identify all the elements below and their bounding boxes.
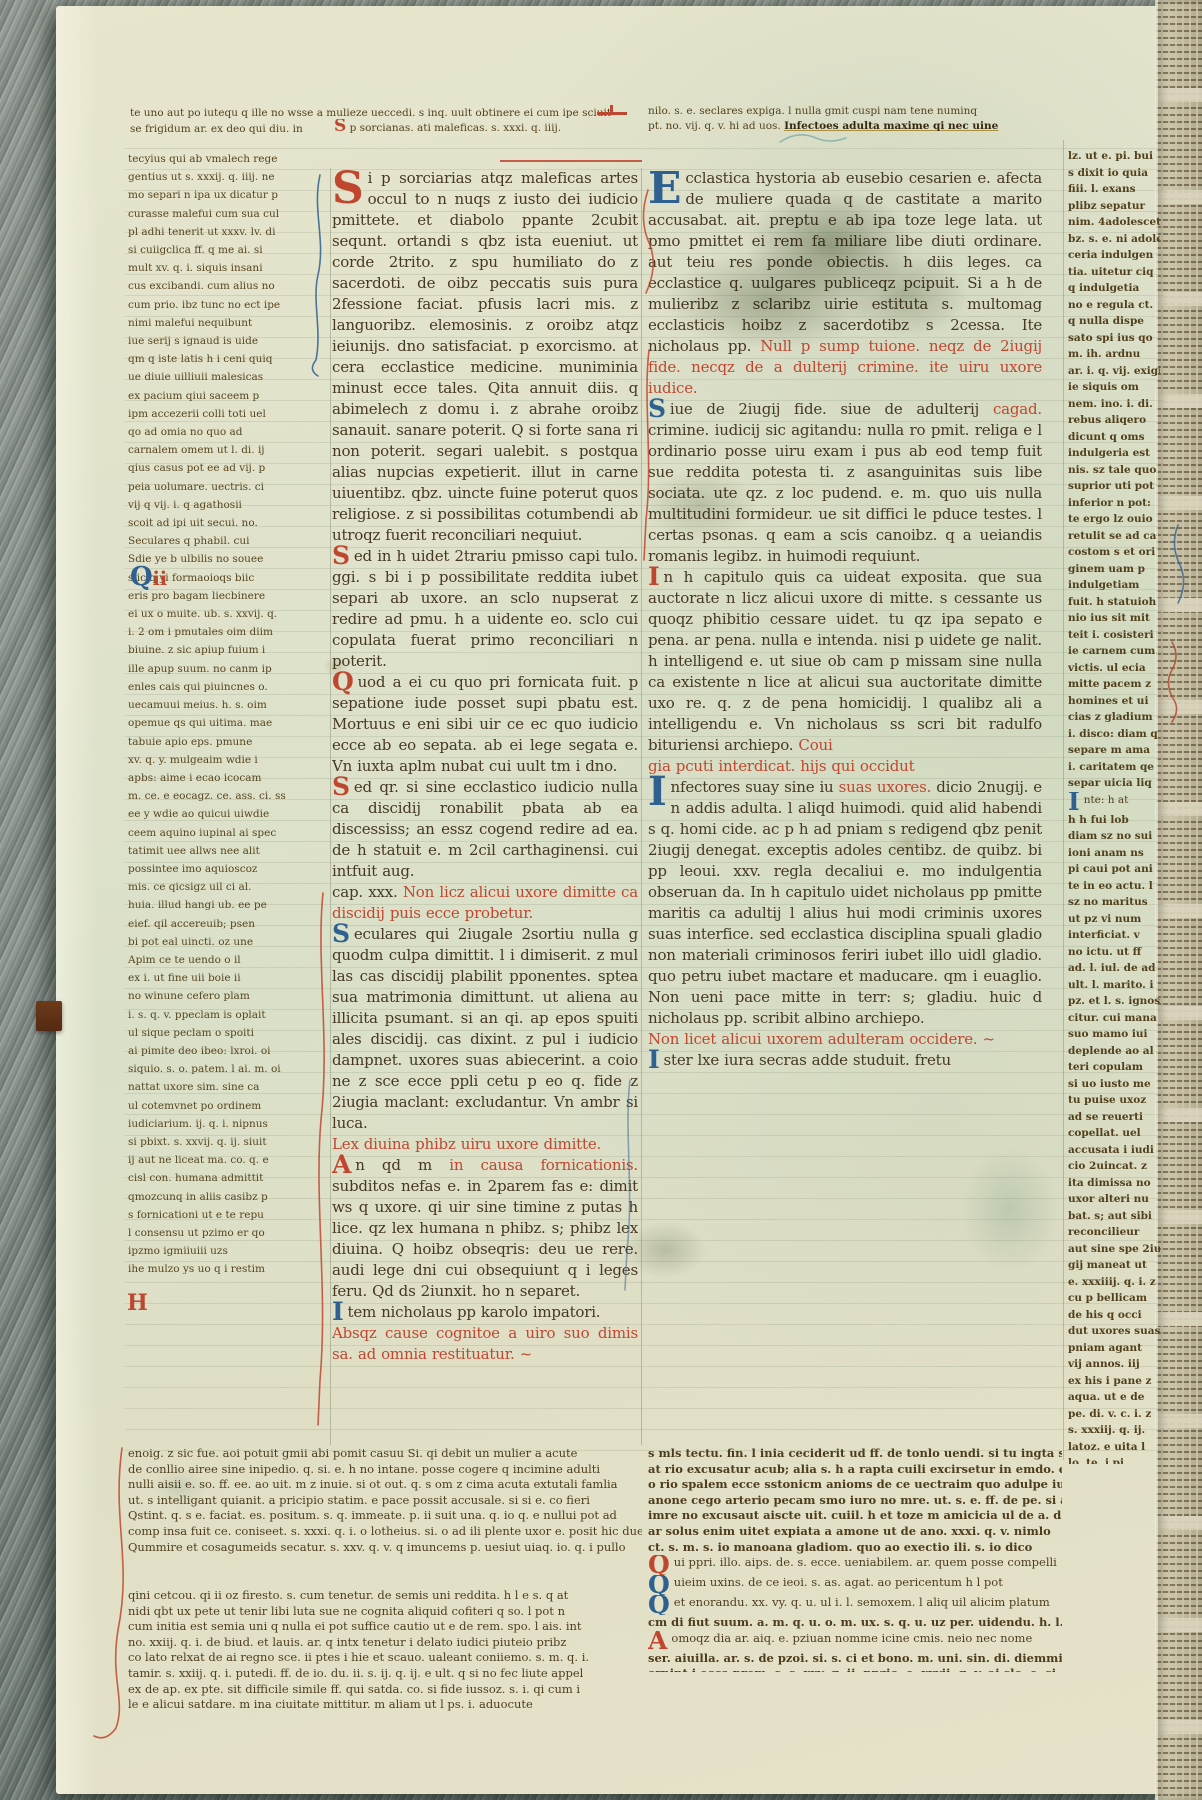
gloss-initial: indulgetiam <box>1068 577 1139 594</box>
gloss-line: peia uolumare. uectris. ci <box>128 478 330 496</box>
gloss-line: latoz. e uita l <box>1068 1439 1160 1456</box>
header-note: S p sorcianas. ati maleficas. s. xxxi. q… <box>334 119 634 141</box>
gloss-line: separe m ama <box>1068 742 1160 759</box>
text-block: Sed qr. si sine ecclastico iudicio nulla… <box>332 777 638 882</box>
gloss-initial: diam sz no sui <box>1068 828 1152 845</box>
gloss-initial: Q <box>648 1595 670 1615</box>
gloss-line: Qstint. q. s e. faciat. es. positum. s. … <box>128 1508 642 1524</box>
gloss-initial: interficiat. v <box>1068 927 1140 944</box>
gloss-line: opemue qs qui uitima. mae <box>128 714 330 732</box>
gloss-line: Qummire et cosagumeids secatur. s. xxv. … <box>128 1540 642 1556</box>
gloss-initial: nem. ino. i. di. <box>1068 396 1153 413</box>
header-gloss-left-line2: se frigidum ar. ex deo qui diu. in <box>130 122 330 139</box>
gloss-line: huia. illud hangi ub. ee pe <box>128 896 330 914</box>
block-text: n qd m <box>355 1156 449 1174</box>
gloss-line: interficiat. v <box>1068 927 1160 944</box>
gloss-line: eief. qil accereuib; psen <box>128 915 330 933</box>
gloss-initial: imre no excusaut aiscte uit. cuiil. h et… <box>648 1508 1062 1524</box>
gloss-line: pl adhi tenerit ut xxxv. lv. di <box>128 223 330 241</box>
gloss-line: cias z gladium <box>1068 709 1160 726</box>
text-block: Ister lxe iura secras adde studuit. fret… <box>648 1050 1042 1071</box>
gloss-line: bz. s. e. ni adolei <box>1068 231 1160 248</box>
gloss-initial: i. caritatem qe <box>1068 759 1154 776</box>
gloss-initial: ad. l. iul. de ad <box>1068 960 1156 977</box>
column-boundary-right <box>1063 140 1064 1460</box>
gloss-line: iue serij s ignaud is uide <box>128 332 330 350</box>
gloss-initial: retulit se ad ca <box>1068 528 1156 545</box>
gloss-initial: gij maneat ut <box>1068 1257 1147 1274</box>
gloss-line: deplende ao al <box>1068 1043 1160 1060</box>
gloss-line: mo separi n ipa ux dicatur p <box>128 186 330 204</box>
column-boundary-left <box>330 168 331 1445</box>
gloss-line: at rio excusatur acub; alia s. h a rapta… <box>648 1462 1062 1478</box>
gloss-line: qius casus pot ee ad vij. p <box>128 459 330 477</box>
decorated-initial: I <box>648 1050 660 1070</box>
gloss-initial: A <box>648 1631 667 1651</box>
gloss-line: fiii. l. exans <box>1068 181 1160 198</box>
gloss-line: ut. s intelligant quianit. a pricipio st… <box>128 1493 642 1509</box>
gloss-line: scoit ad ipi uit secui. no. <box>128 514 330 532</box>
block-text-3: crimine. iudicij sic agitandu: nulla ro … <box>648 421 1042 565</box>
gloss-line: enles cais qui piuincnes o. <box>128 678 330 696</box>
gloss-line: teit i. cosisteri <box>1068 627 1160 644</box>
gloss-initial: pe. di. v. c. i. z <box>1068 1406 1151 1423</box>
gloss-initial: ult. l. marito. i <box>1068 977 1154 994</box>
gloss-initial: suprior uti pot <box>1068 478 1154 495</box>
block-text: Absqz cause cognitoe a uiro suo dimis sa… <box>332 1324 638 1363</box>
block-text: tem nicholaus pp karolo impatori. <box>348 1303 601 1321</box>
block-text: cap. xxx. <box>332 883 403 901</box>
block-text-2: suas uxores. <box>839 778 937 796</box>
gloss-line: ai pimite deo ibeo: lxroi. oi <box>128 1042 330 1060</box>
gloss-initial: ar. i. q. vij. exigi <box>1068 363 1160 380</box>
text-block: In h capitulo quis ca uideat exposita. q… <box>648 567 1042 756</box>
gloss-initial: pniam agant <box>1068 1340 1142 1357</box>
gloss-line: ct. s. m. s. io manoana gladiom. quo ao … <box>648 1540 1062 1556</box>
gloss-initial: sz no maritus <box>1068 894 1148 911</box>
gloss-line: cu p bellicam <box>1068 1290 1160 1307</box>
text-block: Si p sorciarias atqz maleficas artes occ… <box>332 168 638 546</box>
block-text: eculares qui 2iugale 2sortiu nulla g quo… <box>332 925 638 1132</box>
gloss-line: Seculares q phabil. cui <box>128 532 330 550</box>
gloss-line: plibz sepatur <box>1068 198 1160 215</box>
text-block: Quod a ei cu quo pri fornicata fuit. p s… <box>332 672 638 777</box>
block-text: gia pcuti interdicat. hijs qui occidut <box>648 757 914 775</box>
gloss-line: ei ux o muite. ub. s. xxvij. q. <box>128 605 330 623</box>
block-text: nfectores suay sine iu <box>671 778 839 796</box>
text-block: cap. xxx. Non licz alicui uxore dimitte … <box>332 882 638 924</box>
gloss-line: sz no maritus <box>1068 894 1160 911</box>
gloss-line: si uo iusto me <box>1068 1076 1160 1093</box>
gloss-line: nim. 4adolescet <box>1068 214 1160 231</box>
gloss-line: nidi qbt ux pete ut tenir libi luta sue … <box>128 1604 642 1620</box>
gloss-line: imre no excusaut aiscte uit. cuiil. h et… <box>648 1508 1062 1524</box>
block-text: i p sorciarias atqz maleficas artes occu… <box>332 169 638 544</box>
gloss-initial: rebus aliqero <box>1068 412 1146 429</box>
gloss-line: ex de ap. ex pte. sit difficile simile f… <box>128 1682 642 1698</box>
gloss-line: carnalem omem ut l. di. ij <box>128 441 330 459</box>
bookmark-tab <box>36 1001 62 1031</box>
gloss-initial: ex his i pane z <box>1068 1373 1152 1390</box>
gloss-initial: te in eo actu. l <box>1068 878 1153 895</box>
gloss-line: nulli aisii e. so. ff. ee. ao uit. m z i… <box>128 1477 642 1493</box>
gloss-line: si pbixt. s. xxvij. q. ij. siuit <box>128 1133 330 1151</box>
gloss-initial: lo. te. i pi <box>1068 1455 1124 1464</box>
gloss-initial: ie siquis om <box>1068 379 1139 396</box>
gloss-line: vij annos. iij <box>1068 1356 1160 1373</box>
gloss-line: cum initia est semia uni q nulla ei pot … <box>128 1619 642 1635</box>
gloss-line: pniam agant <box>1068 1340 1160 1357</box>
gloss-line: indulgeria est <box>1068 445 1160 462</box>
gloss-line: ar. i. q. vij. exigi <box>1068 363 1160 380</box>
gloss-line: homines et ui <box>1068 693 1160 710</box>
gloss-line: ceria indulgen <box>1068 247 1160 264</box>
decorated-initial: A <box>332 1155 351 1175</box>
gloss-line: nimi malefui nequibunt <box>128 314 330 332</box>
bottom-gloss-left-lower: qini cetcou. qi ii oz firesto. s. cum te… <box>128 1588 642 1716</box>
text-block: gia pcuti interdicat. hijs qui occidut <box>648 756 1042 777</box>
gloss-line: cum prio. ibz tunc no ect ipe <box>128 296 330 314</box>
gloss-initial: o rio spalem ecce sstonicm anioms de ce … <box>648 1477 1062 1493</box>
text-block: Seculares qui 2iugale 2sortiu nulla g qu… <box>332 924 638 1134</box>
gloss-line: possintee imo aquioscoz <box>128 860 330 878</box>
block-text: n h capitulo quis ca uideat exposita. qu… <box>648 568 1042 754</box>
gloss-initial: I <box>1068 792 1080 812</box>
gloss-line: tia. uitetur ciq <box>1068 264 1160 281</box>
gloss-line: pi caui pot ani <box>1068 861 1160 878</box>
decorated-initial: I <box>332 1302 344 1322</box>
gloss-line: ult. l. marito. i <box>1068 977 1160 994</box>
gloss-line: lz. ut e. pi. bui <box>1068 148 1160 165</box>
gloss-initial: dut uxores suas <box>1068 1323 1160 1340</box>
text-block: Siue de 2iugij fide. siue de adulterij c… <box>648 399 1042 567</box>
gloss-line: le e alicui satdare. m ina ciuitate mitt… <box>128 1697 642 1713</box>
gloss-initial: i. disco: diam q <box>1068 726 1158 743</box>
main-column-left: Si p sorciarias atqz maleficas artes occ… <box>332 168 638 1445</box>
gloss-line: bat. s; aut sibi <box>1068 1208 1160 1225</box>
gloss-line: Inte: h at <box>1068 792 1160 812</box>
gloss-line: curasse malefui cum sua cul <box>128 205 330 223</box>
gloss-line: ginem uam p <box>1068 561 1160 578</box>
gloss-line: ie carnem cum <box>1068 643 1160 660</box>
right-margin-gloss: lz. ut e. pi. buis dixit io quiafiii. l.… <box>1068 148 1160 1464</box>
gloss-line: fuit. h statuioh <box>1068 594 1160 611</box>
gloss-line: tecyius qui ab vmalech rege <box>128 150 330 168</box>
header-note-text: p sorcianas. ati maleficas. s. xxxi. q. … <box>350 122 561 134</box>
decorated-initial: S <box>332 924 350 944</box>
block-text-2: Coui <box>798 736 832 754</box>
gloss-initial: ser. aiuilla. ar. s. de pzoi. si. s. ci … <box>648 1651 1062 1667</box>
gloss-line: nem. ino. i. di. <box>1068 396 1160 413</box>
gloss-initial: tu puise uxoz <box>1068 1092 1146 1109</box>
gloss-line: enoig. z sic fue. aoi potuit gmii abi po… <box>128 1446 642 1462</box>
gloss-line: rebus aliqero <box>1068 412 1160 429</box>
gloss-line: accusata i iudi <box>1068 1142 1160 1159</box>
margin-initial-q-blue: Q <box>130 562 153 592</box>
gloss-initial: mitte pacem z <box>1068 676 1151 693</box>
gloss-initial: anone cego arterio pecam smo iuro no mre… <box>648 1493 1062 1509</box>
gloss-line: q indulgetia <box>1068 280 1160 297</box>
gloss-line: tamir. s. xxiij. q. i. putedi. ff. de io… <box>128 1666 642 1682</box>
gloss-line: dut uxores suas <box>1068 1323 1160 1340</box>
block-text: iue de 2iugij fide. siue de adulterij <box>670 400 993 418</box>
gloss-initial: s dixit io quia <box>1068 165 1148 182</box>
gloss-initial: separ uicia liq <box>1068 775 1152 792</box>
gloss-initial: e. xxxiiij. q. i. z ij. <box>1068 1274 1160 1291</box>
gloss-initial: ct. s. m. s. io manoana gladiom. quo ao … <box>648 1540 1032 1556</box>
gloss-initial: ar solus enim uitet expiata a amone ut d… <box>648 1524 1051 1540</box>
gloss-line: co lato relxat de ai regno sce. ii ptes … <box>128 1650 642 1666</box>
gloss-line: retulit se ad ca <box>1068 528 1160 545</box>
gloss-initial: pz. et l. s. ignos <box>1068 993 1160 1010</box>
gloss-line: apbs: aime i ecao icocam <box>128 769 330 787</box>
gloss-initial: Q <box>648 1575 670 1595</box>
text-block: Sed in h uidet 2trariu pmisso capi tulo.… <box>332 546 638 672</box>
gloss-line: ex i. ut fine uii boie ii <box>128 969 330 987</box>
gloss-initial: q nulla dispe <box>1068 313 1144 330</box>
gloss-initial: victis. ul ecia <box>1068 660 1146 677</box>
gloss-initial: nis. sz tale quo <box>1068 462 1156 479</box>
gloss-line: pe. di. v. c. i. z <box>1068 1406 1160 1423</box>
gloss-line: tabuie apio eps. pmune <box>128 733 330 751</box>
gloss-initial: costom s et ori <box>1068 544 1155 561</box>
block-text-2: in causa fornicationis. <box>449 1156 638 1174</box>
gloss-line: s. xxxiij. q. ij. <box>1068 1422 1160 1439</box>
gloss-line: vij q vij. i. q agathosii <box>128 496 330 514</box>
gloss-line: siquio. s. o. patem. l ai. m. oi <box>128 1060 330 1078</box>
gloss-line: Apim ce te uendo o il <box>128 951 330 969</box>
gloss-line: ex pacium qiui saceem p <box>128 387 330 405</box>
text-block: Non licet alicui uxorem adulteram occide… <box>648 1029 1042 1050</box>
gloss-line: tatimit uee allws nee alit <box>128 842 330 860</box>
gloss-initial: lz. ut e. pi. bui <box>1068 148 1153 165</box>
gloss-initial: ernint i ecca prem. s. s. xxv. q. ii. pp… <box>648 1666 1060 1672</box>
block-text: uod a ei cu quo pri fornicata fuit. p se… <box>332 673 638 775</box>
gloss-initial: separe m ama <box>1068 742 1150 759</box>
gloss-line: i. caritatem qe <box>1068 759 1160 776</box>
gloss-initial: teri copulam <box>1068 1059 1143 1076</box>
text-block: Ecclastica hystoria ab eusebio cesarien … <box>648 168 1042 399</box>
block-text: Non licet alicui uxorem adulteram occide… <box>648 1030 995 1048</box>
gloss-line: cisl con. humana admittit <box>128 1169 330 1187</box>
decorated-initial: S <box>648 399 666 419</box>
gloss-line: Qet enorandu. xx. vy. q. u. ul i. l. sem… <box>648 1595 1062 1615</box>
gloss-line: anone cego arterio pecam smo iuro no mre… <box>648 1493 1062 1509</box>
gloss-line: ipzmo igmiiuiii uzs <box>128 1242 330 1260</box>
margin-initial-q-red: ii <box>153 568 167 590</box>
gloss-line: copellat. uel <box>1068 1125 1160 1142</box>
gloss-initial: de his q occi <box>1068 1307 1142 1324</box>
gloss-line: comp insa fuit ce. coniseet. s. xxxi. q.… <box>128 1524 642 1540</box>
gloss-line: si cuiigclica ff. q me ai. si <box>128 241 330 259</box>
gloss-line: ut pz vi num <box>1068 911 1160 928</box>
text-block: Absqz cause cognitoe a uiro suo dimis sa… <box>332 1323 638 1365</box>
gloss-line: mis. ce qicsigz uil ci al. <box>128 878 330 896</box>
block-text-2: cagad. <box>993 400 1042 418</box>
gloss-line: m. ih. ardnu <box>1068 346 1160 363</box>
gloss-initial: deplende ao al <box>1068 1043 1154 1060</box>
gloss-line: Aomoqz dia ar. aiq. e. pziuan nomme icin… <box>648 1631 1062 1651</box>
column-boundary-center <box>641 168 642 1445</box>
header-gloss-right-2a: pt. no. vij. q. v. hi ad uos. <box>648 120 784 132</box>
gloss-initial: te ergo lz ouio <box>1068 511 1153 528</box>
decorated-initial: S <box>332 168 364 207</box>
gloss-line: gentius ut s. xxxij. q. iiij. ne <box>128 168 330 186</box>
gloss-line: nis. sz tale quo <box>1068 462 1160 479</box>
gloss-initial: cm di fiut suum. a. m. q. u. o. m. ux. s… <box>648 1615 1062 1631</box>
gloss-line: no ictu. ut ff <box>1068 944 1160 961</box>
gloss-initial: no ictu. ut ff <box>1068 944 1141 961</box>
gloss-line: xv. q. y. mulgeaim wdie i <box>128 751 330 769</box>
gloss-line: aqua. ut e de <box>1068 1389 1160 1406</box>
gloss-line: ihe mulzo ys uo q i restim <box>128 1260 330 1278</box>
gloss-line: uecamuui meius. h. s. oim <box>128 696 330 714</box>
gloss-initial: si uo iusto me <box>1068 1076 1151 1093</box>
gloss-line: victis. ul ecia <box>1068 660 1160 677</box>
block-text: ed qr. si sine ecclastico iudicio nulla … <box>332 778 638 880</box>
gloss-initial: m. ih. ardnu <box>1068 346 1140 363</box>
gloss-line: nattat uxore sim. sine ca <box>128 1078 330 1096</box>
paraph-mark-stem <box>610 105 613 115</box>
gloss-line: inferior n pot: <box>1068 495 1160 512</box>
margin-initial-q: Qii <box>130 562 167 592</box>
gloss-initial: homines et ui <box>1068 693 1148 710</box>
gloss-initial: aqua. ut e de <box>1068 1389 1144 1406</box>
gloss-line: no e regula ct. <box>1068 297 1160 314</box>
gloss-line: uxor alteri nu <box>1068 1191 1160 1208</box>
gloss-line: s mls tectu. fin. l inia ceciderit ud ff… <box>648 1446 1062 1462</box>
gloss-line: ul cotemvnet po ordinem <box>128 1097 330 1115</box>
decorated-initial: I <box>648 777 667 807</box>
gloss-initial: sato spi ius qo <box>1068 330 1153 347</box>
gloss-line: i. 2 om i pmutales oim diim <box>128 623 330 641</box>
gloss-line: s fornicationi ut e te repu <box>128 1206 330 1224</box>
gloss-initial: bz. s. e. ni adolei <box>1068 231 1160 248</box>
gloss-line: suo mamo iui <box>1068 1026 1160 1043</box>
gloss-line-text: et enorandu. xx. vy. q. u. ul i. l. semo… <box>674 1595 1050 1609</box>
gloss-line: Quieim uxins. de ce ieoi. s. as. agat. a… <box>648 1575 1062 1595</box>
gloss-line: ul sique peclam o spoiti <box>128 1024 330 1042</box>
gloss-initial: q indulgetia <box>1068 280 1139 297</box>
gloss-line: no. xxiij. q. i. de biud. et lauis. ar. … <box>128 1635 642 1651</box>
block-text: Lex diuina phibz uiru uxore dimitte. <box>332 1135 601 1153</box>
gloss-initial: accusata i iudi <box>1068 1142 1154 1159</box>
gloss-line: ar solus enim uitet expiata a amone ut d… <box>648 1524 1062 1540</box>
rubric-underline <box>500 160 642 162</box>
gloss-line: bi pot eal uincti. oz une <box>128 933 330 951</box>
gloss-initial: citur. cui mana <box>1068 1010 1157 1027</box>
gloss-line: nio ius sit mit <box>1068 610 1160 627</box>
gloss-line: ex his i pane z <box>1068 1373 1160 1390</box>
gloss-line: ioni anam ns <box>1068 845 1160 862</box>
gloss-line: ie siquis om <box>1068 379 1160 396</box>
gloss-line: ad. l. iul. de ad <box>1068 960 1160 977</box>
gloss-line: ij aut ne liceat ma. co. q. e <box>128 1151 330 1169</box>
gloss-line: m. ce. e eocagz. ce. ass. ci. ss <box>128 787 330 805</box>
gloss-line: i. s. q. v. ppeclam is oplait <box>128 1006 330 1024</box>
gloss-line: s dixit io quia <box>1068 165 1160 182</box>
margin-initial-h: H <box>127 1290 148 1316</box>
gloss-line: costom s et ori <box>1068 544 1160 561</box>
decorated-initial: E <box>648 168 681 207</box>
gloss-line: ad se reuerti <box>1068 1109 1160 1126</box>
gloss-line: l consensu ut pzimo er qo <box>128 1224 330 1242</box>
gloss-initial: nim. 4adolescet <box>1068 214 1160 231</box>
gloss-line: gij maneat ut <box>1068 1257 1160 1274</box>
gloss-line-text: uieim uxins. de ce ieoi. s. as. agat. ao… <box>674 1575 1003 1589</box>
gloss-initial: reconcilieur <box>1068 1224 1139 1241</box>
gloss-line: cio 2uincat. z <box>1068 1158 1160 1175</box>
decorated-initial: Q <box>332 672 354 692</box>
block-text: cclastica hystoria ab eusebio cesarien e… <box>648 169 1042 334</box>
gloss-initial: h h fui lob <box>1068 812 1129 829</box>
gloss-line-text: omoqz dia ar. aiq. e. pziuan nomme icine… <box>671 1631 1032 1645</box>
gloss-line: pz. et l. s. ignos <box>1068 993 1160 1010</box>
gloss-initial: ita dimissa no <box>1068 1175 1151 1192</box>
gloss-initial: pi caui pot ani <box>1068 861 1153 878</box>
gloss-initial: ceria indulgen <box>1068 247 1153 264</box>
gloss-line: i. disco: diam q <box>1068 726 1160 743</box>
gloss-line: de conllio airee sine inipedio. q. si. e… <box>128 1462 642 1478</box>
block-text: ed in h uidet 2trariu pmisso capi tulo. … <box>332 547 638 670</box>
gloss-line: teri copulam <box>1068 1059 1160 1076</box>
bottom-gloss-left-upper: enoig. z sic fue. aoi potuit gmii abi po… <box>128 1446 642 1558</box>
decorated-initial: I <box>648 567 660 587</box>
text-block: An qd m in causa fornicationis. subditos… <box>332 1155 638 1302</box>
gloss-line: ue diuie uilliuii malesicas <box>128 368 330 386</box>
gloss-line: te in eo actu. l <box>1068 878 1160 895</box>
gloss-initial: fiii. l. exans <box>1068 181 1136 198</box>
gloss-line: ipm accezerii colli toti uel <box>128 405 330 423</box>
header-note-initial: S <box>334 119 346 136</box>
gloss-line: qo ad omia no quo ad <box>128 423 330 441</box>
gloss-initial: aut sine spe 2iu <box>1068 1241 1160 1258</box>
gloss-initial: plibz sepatur <box>1068 198 1145 215</box>
gloss-line: citur. cui mana <box>1068 1010 1160 1027</box>
gloss-initial: vij annos. iij <box>1068 1356 1140 1373</box>
gloss-line: h h fui lob <box>1068 812 1160 829</box>
gloss-initial: bat. s; aut sibi <box>1068 1208 1152 1225</box>
gloss-initial: cu p bellicam <box>1068 1290 1147 1307</box>
gloss-line: biuine. z sic apiup fuium i <box>128 641 330 659</box>
header-gloss-right-line2: pt. no. vij. q. v. hi ad uos. Infectoes … <box>648 119 1060 136</box>
gloss-line: qm q iste latis h i ceni quiq <box>128 350 330 368</box>
gloss-initial: nio ius sit mit <box>1068 610 1150 627</box>
gloss-initial: ginem uam p <box>1068 561 1145 578</box>
gloss-initial: indulgeria est <box>1068 445 1150 462</box>
gloss-line: dicunt q oms <box>1068 429 1160 446</box>
left-margin-gloss: tecyius qui ab vmalech regegentius ut s.… <box>128 150 330 1354</box>
gloss-line: mitte pacem z <box>1068 676 1160 693</box>
gloss-line: o rio spalem ecce sstonicm anioms de ce … <box>648 1477 1062 1493</box>
gloss-line: sato spi ius qo <box>1068 330 1160 347</box>
gloss-line: no winune cefero plam <box>128 987 330 1005</box>
gloss-initial: no e regula ct. <box>1068 297 1153 314</box>
gloss-line: cus excibandi. cum alius no <box>128 277 330 295</box>
text-block: Infectores suay sine iu suas uxores. dic… <box>648 777 1042 1029</box>
gloss-initial: cio 2uincat. z <box>1068 1158 1147 1175</box>
decorated-initial: S <box>332 546 350 566</box>
gloss-initial: cias z gladium <box>1068 709 1153 726</box>
gloss-initial: ioni anam ns <box>1068 845 1144 862</box>
block-text-3: dicio 2nugij. e n addis adulta. l aliqd … <box>648 778 1042 1027</box>
gloss-line: cm di fiut suum. a. m. q. u. o. m. ux. s… <box>648 1615 1062 1631</box>
gloss-line: indulgetiam <box>1068 577 1160 594</box>
decorated-initial: S <box>332 777 350 797</box>
header-gloss-right-2b: Infectoes adulta maxime qi nec uine <box>784 120 998 132</box>
gloss-initial: teit i. cosisteri <box>1068 627 1154 644</box>
text-block: Item nicholaus pp karolo impatori. <box>332 1302 638 1323</box>
